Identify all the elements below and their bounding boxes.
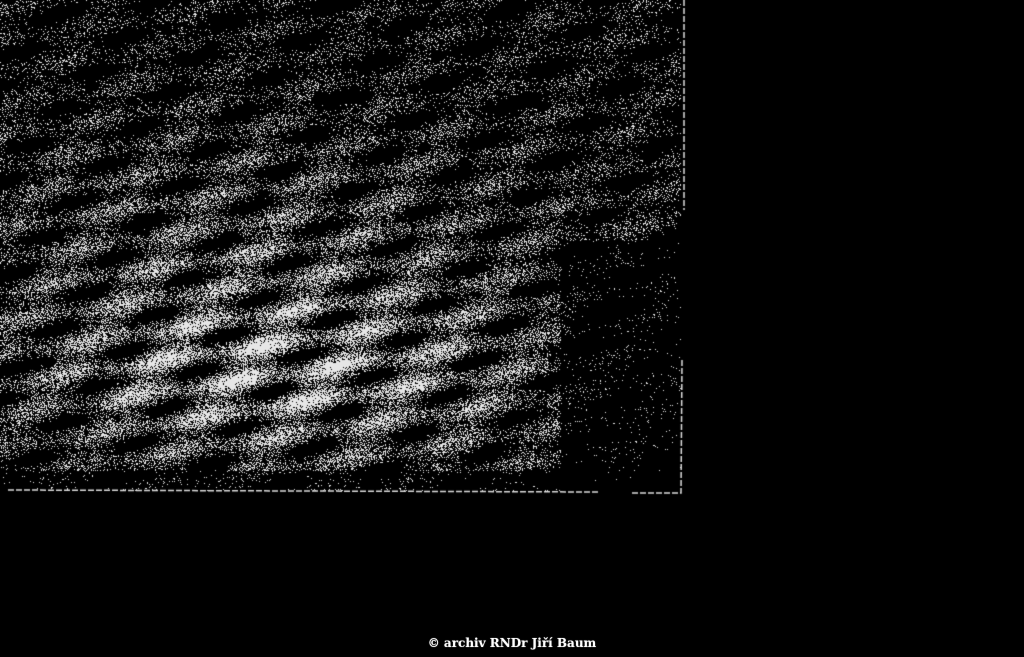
photo-canvas bbox=[0, 0, 1024, 657]
copyright-caption: © archiv RNDr Jiří Baum bbox=[0, 636, 1024, 650]
